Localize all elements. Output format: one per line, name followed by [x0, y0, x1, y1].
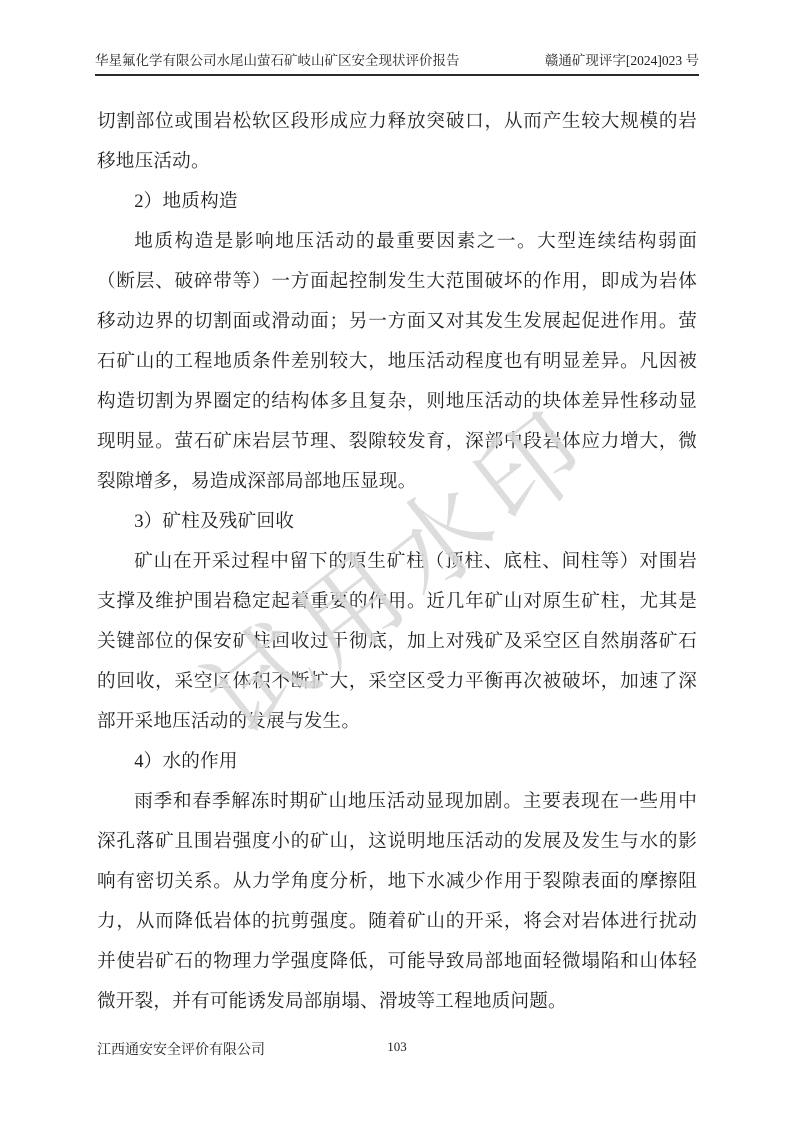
header-report-title: 华星氟化学有限公司水尾山萤石矿岐山矿区安全现状评价报告 [95, 52, 460, 69]
footer-company-name: 江西通安安全评价有限公司 [97, 1040, 265, 1058]
paragraph: 矿山在开采过程中留下的原生矿柱（顶柱、底柱、间柱等）对围岩支撑及维护围岩稳定起着… [97, 542, 697, 742]
paragraph: 地质构造是影响地压活动的最重要因素之一。大型连续结构弱面（断层、破碎带等）一方面… [97, 222, 697, 502]
paragraph: 切割部位或围岩松软区段形成应力释放突破口，从而产生较大规模的岩移地压活动。 [97, 102, 697, 182]
section-heading: 4）水的作用 [97, 742, 697, 782]
page-footer: 江西通安安全评价有限公司 103 [95, 1038, 699, 1060]
section-heading: 3）矿柱及残矿回收 [97, 502, 697, 542]
paragraph: 雨季和春季解冻时期矿山地压活动显现加剧。主要表现在一些用中深孔落矿且围岩强度小的… [97, 782, 697, 1022]
page-header: 华星氟化学有限公司水尾山萤石矿岐山矿区安全现状评价报告 赣通矿现评字[2024]… [95, 52, 699, 76]
page-number: 103 [387, 1038, 407, 1056]
document-page: 华星氟化学有限公司水尾山萤石矿岐山矿区安全现状评价报告 赣通矿现评字[2024]… [0, 0, 793, 1122]
header-document-number: 赣通矿现评字[2024]023 号 [545, 52, 699, 69]
section-heading: 2）地质构造 [97, 182, 697, 222]
document-body: 切割部位或围岩松软区段形成应力释放突破口，从而产生较大规模的岩移地压活动。2）地… [97, 102, 697, 1022]
